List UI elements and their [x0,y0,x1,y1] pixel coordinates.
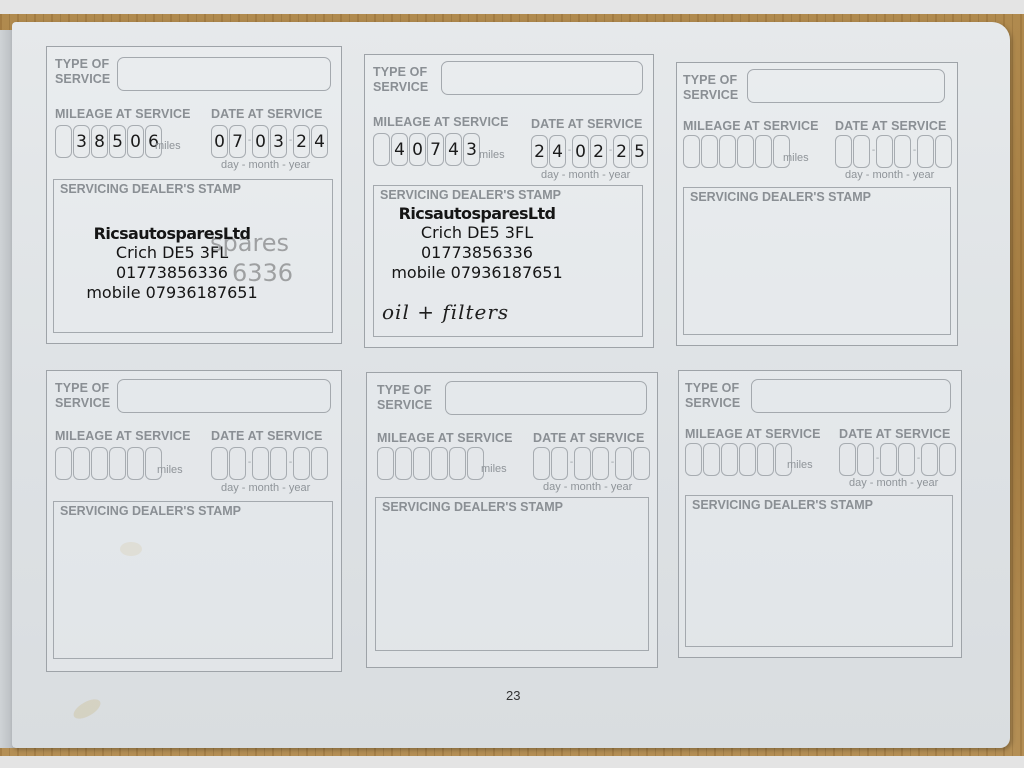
date-field[interactable]: -- [839,443,957,476]
handwritten-note: oil + filters [382,300,509,324]
type-of-service-label: TYPE OFSERVICE [377,383,432,413]
date-digit: 7 [229,125,246,158]
date-label: DATE AT SERVICE [839,427,950,442]
dealer-stamp-area[interactable]: SERVICING DEALER'S STAMP [683,187,951,335]
date-format-hint: day - month - year [541,169,630,181]
dealer-mobile: mobile 07936187651 [382,263,572,283]
date-digit: 3 [270,125,287,158]
date-format-hint: day - month - year [543,481,632,493]
service-entry-5: TYPE OFSERVICE MILEAGE AT SERVICE DATE A… [366,372,658,668]
mileage-label: MILEAGE AT SERVICE [55,429,191,444]
paper-stain [71,695,104,722]
mileage-label: MILEAGE AT SERVICE [683,119,819,134]
type-of-service-label: TYPE OFSERVICE [55,57,110,87]
date-digit: 5 [631,135,648,168]
service-entry-6: TYPE OFSERVICE MILEAGE AT SERVICE DATE A… [678,370,962,658]
date-field[interactable]: -- [211,447,329,480]
dealer-stamp-label: SERVICING DEALER'S STAMP [60,504,241,518]
mileage-field[interactable] [377,447,485,480]
mileage-label: MILEAGE AT SERVICE [55,107,191,122]
mileage-field[interactable]: 4 0 7 4 3 [373,133,481,166]
date-label: DATE AT SERVICE [211,429,322,444]
type-of-service-field[interactable] [445,381,647,415]
type-of-service-label: TYPE OFSERVICE [685,381,740,411]
dealer-stamp-label: SERVICING DEALER'S STAMP [382,500,563,514]
mileage-field[interactable] [55,447,163,480]
dealer-stamp-area[interactable]: SERVICING DEALER'S STAMP [375,497,649,651]
miles-unit: miles [787,459,813,471]
date-digit: 2 [531,135,548,168]
mileage-digit: 4 [391,133,408,166]
mileage-digit: 0 [127,125,144,158]
mileage-field[interactable]: 3 8 5 0 6 [55,125,163,158]
booklet-page: TYPE OFSERVICE MILEAGE AT SERVICE DATE A… [12,22,1010,748]
date-digit: 4 [549,135,566,168]
date-format-hint: day - month - year [221,482,310,494]
date-field[interactable]: -- [835,135,953,168]
type-of-service-field[interactable] [751,379,951,413]
date-digit: 0 [572,135,589,168]
dealer-name: RicsautosparesLtd [382,204,572,223]
date-label: DATE AT SERVICE [531,117,642,132]
date-field[interactable]: 2 4 - 0 2 - 2 5 [531,135,649,168]
dealer-stamp-label: SERVICING DEALER'S STAMP [690,190,871,204]
miles-unit: miles [783,152,809,164]
date-format-hint: day - month - year [221,159,310,171]
type-of-service-field[interactable] [117,379,331,413]
date-digit: 2 [293,125,310,158]
type-of-service-field[interactable] [441,61,643,95]
miles-unit: miles [155,140,181,152]
mileage-label: MILEAGE AT SERVICE [373,115,509,130]
date-digit: 0 [252,125,269,158]
dealer-stamp-label: SERVICING DEALER'S STAMP [692,498,873,512]
miles-unit: miles [481,463,507,475]
mileage-digit: 3 [73,125,90,158]
dealer-stamp-label: SERVICING DEALER'S STAMP [60,182,241,196]
mileage-digit: 8 [91,125,108,158]
dealer-address: Crich DE5 3FL [72,243,272,263]
mileage-digit [373,133,390,166]
date-field[interactable]: 0 7 - 0 3 - 2 4 [211,125,329,158]
mileage-label: MILEAGE AT SERVICE [377,431,513,446]
mileage-digit [55,125,72,158]
dealer-phone: 01773856336 [72,263,272,283]
type-of-service-field[interactable] [747,69,945,103]
mileage-label: MILEAGE AT SERVICE [685,427,821,442]
date-field[interactable]: -- [533,447,651,480]
dealer-mobile: mobile 07936187651 [72,283,272,303]
mileage-digit: 3 [463,133,480,166]
dealer-stamp-area[interactable]: SERVICING DEALER'S STAMP [685,495,953,647]
date-format-hint: day - month - year [845,169,934,181]
mileage-field[interactable] [685,443,793,476]
date-digit: 4 [311,125,328,158]
service-entry-2: TYPE OFSERVICE MILEAGE AT SERVICE DATE A… [364,54,654,348]
service-entry-4: TYPE OFSERVICE MILEAGE AT SERVICE DATE A… [46,370,342,672]
miles-unit: miles [157,464,183,476]
date-digit: 2 [613,135,630,168]
type-of-service-label: TYPE OFSERVICE [55,381,110,411]
date-label: DATE AT SERVICE [211,107,322,122]
type-of-service-label: TYPE OFSERVICE [373,65,428,95]
dealer-stamp-label: SERVICING DEALER'S STAMP [380,188,561,202]
date-digit: 2 [590,135,607,168]
dealer-stamp: RicsautosparesLtd Crich DE5 3FL 01773856… [382,204,572,283]
mileage-digit: 0 [409,133,426,166]
service-entry-3: TYPE OFSERVICE MILEAGE AT SERVICE DATE A… [676,62,958,346]
dealer-stamp-area[interactable]: SERVICING DEALER'S STAMP [53,501,333,659]
miles-unit: miles [479,149,505,161]
date-digit: 0 [211,125,228,158]
mileage-field[interactable] [683,135,791,168]
page-number: 23 [506,688,520,703]
mileage-digit: 4 [445,133,462,166]
type-of-service-label: TYPE OFSERVICE [683,73,738,103]
date-label: DATE AT SERVICE [533,431,644,446]
mileage-digit: 7 [427,133,444,166]
dealer-stamp-area[interactable]: SERVICING DEALER'S STAMP spares 6336 Ric… [53,179,333,333]
dealer-name: RicsautosparesLtd [72,224,272,243]
date-label: DATE AT SERVICE [835,119,946,134]
mileage-digit: 5 [109,125,126,158]
dealer-address: Crich DE5 3FL [382,223,572,243]
date-format-hint: day - month - year [849,477,938,489]
type-of-service-field[interactable] [117,57,331,91]
dealer-stamp-area[interactable]: SERVICING DEALER'S STAMP RicsautosparesL… [373,185,643,337]
service-entry-1: TYPE OFSERVICE MILEAGE AT SERVICE DATE A… [46,46,342,344]
dealer-phone: 01773856336 [382,243,572,263]
dealer-stamp: RicsautosparesLtd Crich DE5 3FL 01773856… [72,224,272,303]
